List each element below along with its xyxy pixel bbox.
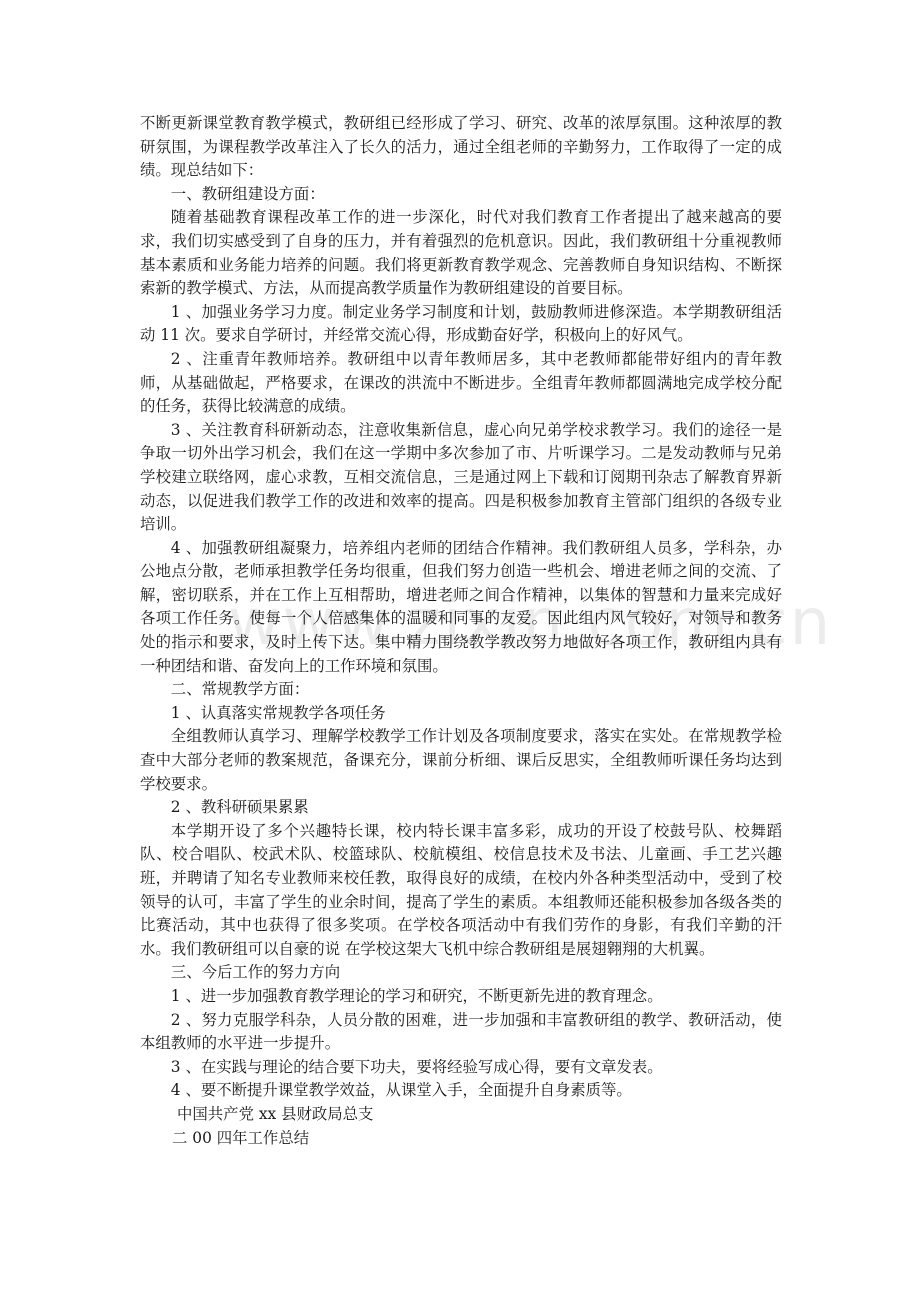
document-page: 不断更新课堂教育教学模式，教研组已经形成了学习、研究、改革的浓厚氛围。这种浓厚的…	[140, 112, 782, 1150]
body-paragraph: 全组教师认真学习、理解学校教学工作计划及各项制度要求，落实在实处。在常规教学检查…	[140, 725, 782, 796]
body-paragraph: 本学期开设了多个兴趣特长课，校内特长课丰富多彩，成功的开设了校鼓号队、校舞蹈队、…	[140, 820, 782, 962]
body-paragraph: 2 、努力克服学科杂，人员分散的困难，进一步加强和丰富教研组的教学、教研活动，使…	[140, 1009, 782, 1056]
body-paragraph: 3 、关注教育科研新动态，注意收集新信息，虚心向兄弟学校求教学习。我们的途径一是…	[140, 419, 782, 537]
body-paragraph: 随着基础教育课程改革工作的进一步深化，时代对我们教育工作者提出了越来越高的要求，…	[140, 206, 782, 300]
body-paragraph: 3 、在实践与理论的结合要下功夫，要将经验写成心得，要有文章发表。	[140, 1056, 782, 1080]
section-heading-1: 一、教研组建设方面：	[140, 183, 782, 207]
intro-paragraph: 不断更新课堂教育教学模式，教研组已经形成了学习、研究、改革的浓厚氛围。这种浓厚的…	[140, 112, 782, 183]
body-paragraph: 1 、进一步加强教育教学理论的学习和研究，不断更新先进的教育理念。	[140, 985, 782, 1009]
signature-organization: 中国共产党 xx 县财政局总支	[140, 1103, 782, 1127]
section-heading-2: 二、常规教学方面：	[140, 678, 782, 702]
subheading: 2 、教科研硕果累累	[140, 796, 782, 820]
body-paragraph: 2 、注重青年教师培养。教研组中以青年教师居多，其中老教师都能带好组内的青年教师…	[140, 348, 782, 419]
body-paragraph: 4 、要不断提升课堂教学效益，从课堂入手，全面提升自身素质等。	[140, 1079, 782, 1103]
body-paragraph: 1 、加强业务学习力度。制定业务学习制度和计划，鼓励教师进修深造。本学期教研组活…	[140, 301, 782, 348]
section-heading-3: 三、今后工作的努力方向	[140, 961, 782, 985]
signature-title: 二 00 四年工作总结	[140, 1127, 782, 1151]
body-paragraph: 4 、加强教研组凝聚力，培养组内老师的团结合作精神。我们教研组人员多，学科杂，办…	[140, 537, 782, 679]
subheading: 1 、认真落实常规教学各项任务	[140, 702, 782, 726]
